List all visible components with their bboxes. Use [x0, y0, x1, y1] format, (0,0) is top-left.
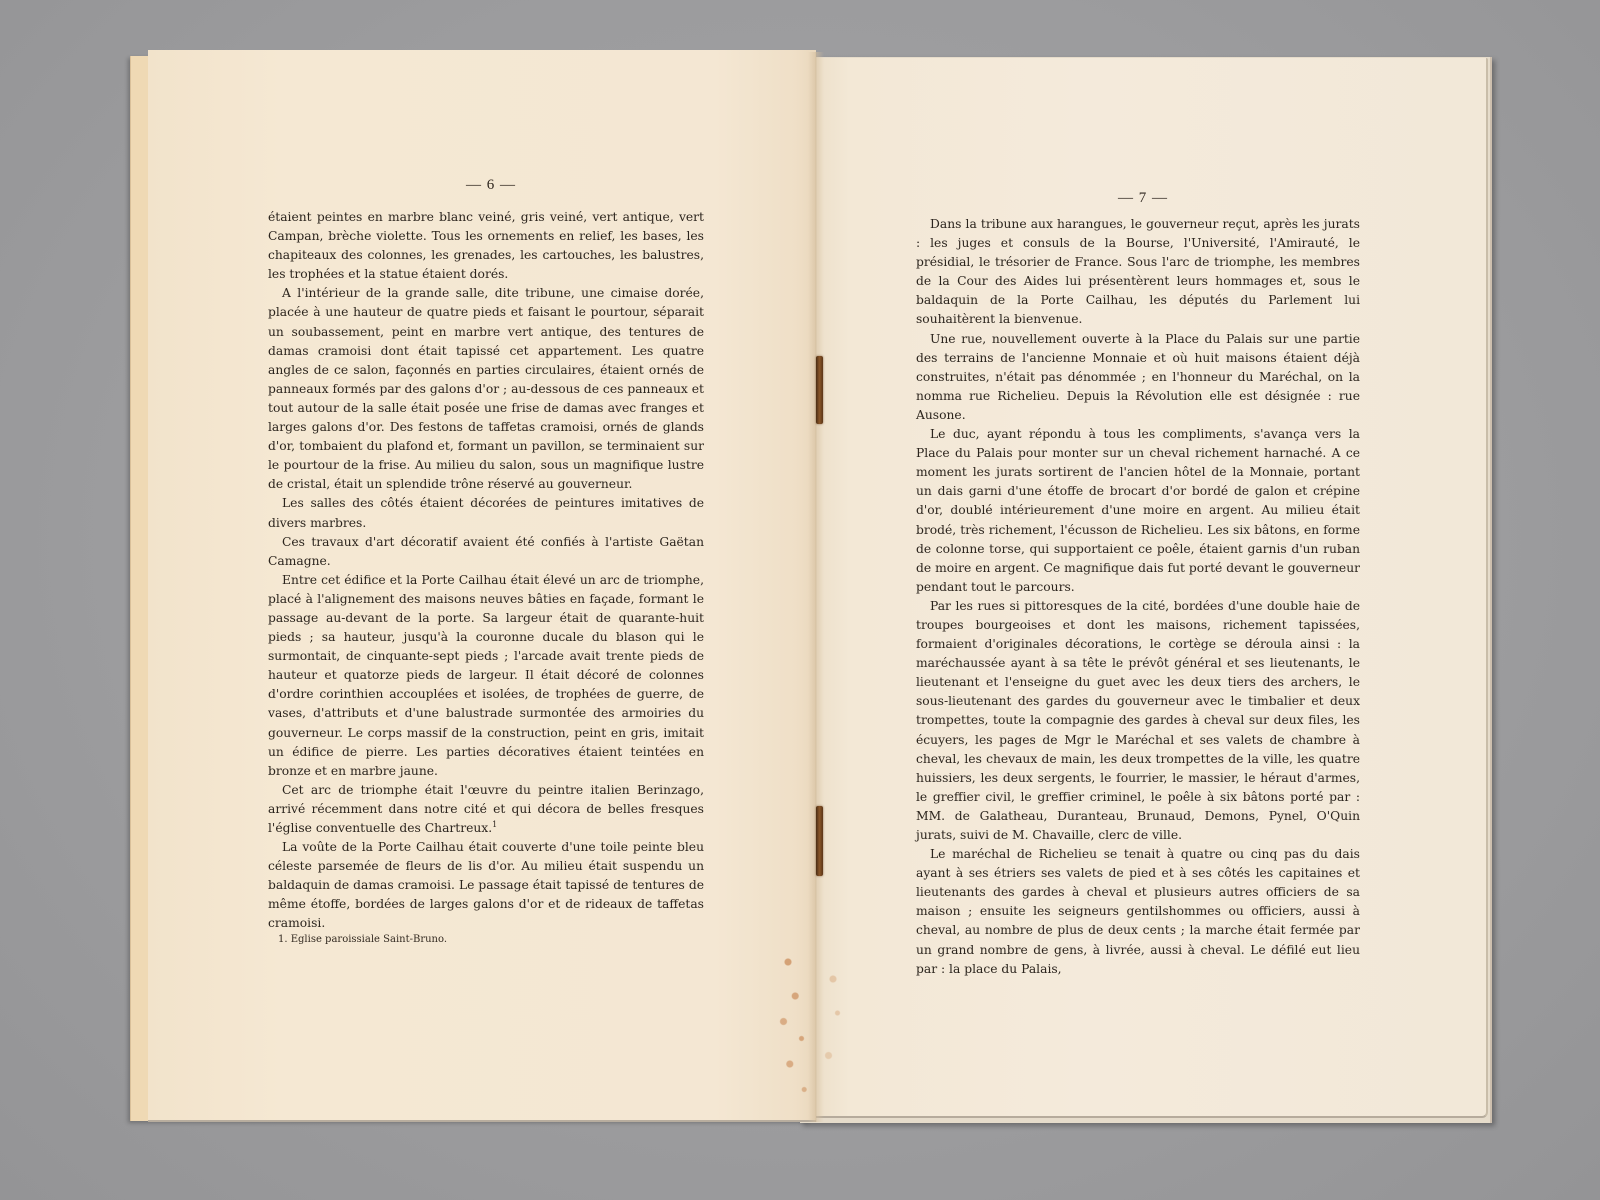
staple-top — [816, 356, 823, 424]
paragraph: Dans la tribune aux harangues, le gouver… — [916, 215, 1360, 330]
paragraph: Une rue, nouvellement ouverte à la Place… — [916, 330, 1360, 425]
staple-bottom — [816, 806, 823, 876]
foxing-stains — [770, 945, 860, 1115]
paragraph: A l'intérieur de la grande salle, dite t… — [268, 284, 704, 494]
paragraph: Par les rues si pittoresques de la cité,… — [916, 597, 1360, 845]
left-page-text: étaient peintes en marbre blanc veiné, g… — [268, 208, 704, 934]
paragraph: Entre cet édifice et la Porte Cailhau ét… — [268, 571, 704, 781]
right-page-text: Dans la tribune aux harangues, le gouver… — [916, 215, 1360, 979]
paragraph-text: Cet arc de triomphe était l'œuvre du pei… — [268, 783, 704, 835]
paragraph: Le duc, ayant répondu à tous les complim… — [916, 425, 1360, 597]
open-booklet: — 6 — étaient peintes en marbre blanc ve… — [0, 0, 1600, 1200]
page-number-right: — 7 — — [1118, 190, 1168, 207]
paragraph-with-footnote: Cet arc de triomphe était l'œuvre du pei… — [268, 781, 704, 838]
footnote: 1. Eglise paroissiale Saint-Bruno. — [278, 934, 447, 945]
paragraph: Les salles des côtés étaient décorées de… — [268, 494, 704, 532]
page-number-left: — 6 — — [466, 177, 516, 194]
paragraph: La voûte de la Porte Cailhau était couve… — [268, 838, 704, 933]
paragraph: Ces travaux d'art décoratif avaient été … — [268, 533, 704, 571]
paragraph: Le maréchal de Richelieu se tenait à qua… — [916, 845, 1360, 979]
paragraph: étaient peintes en marbre blanc veiné, g… — [268, 208, 704, 284]
footnote-marker: 1 — [492, 820, 497, 829]
